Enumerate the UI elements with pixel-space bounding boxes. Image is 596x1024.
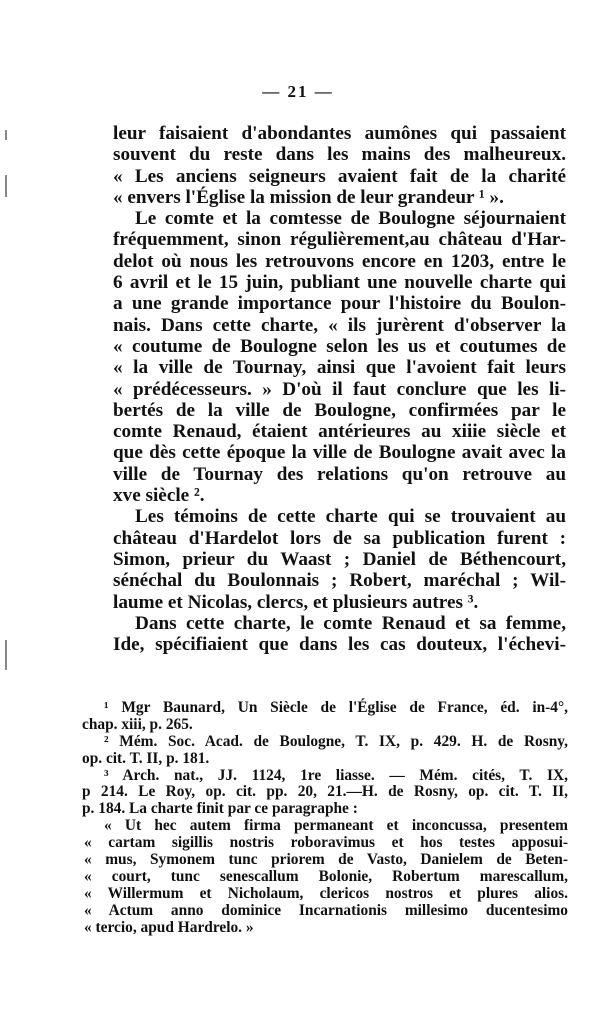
footnote-line: p. 184. La charte finit par ce paragraph… [82, 801, 568, 818]
footnote-line: op. cit. T. II, p. 181. [82, 751, 568, 768]
page-number: — 21 — [0, 82, 596, 102]
footnotes: ¹ Mgr Baunard, Un Siècle de l'Église de … [82, 700, 568, 936]
body-line: Ide, spécifiaient que dans les cas doute… [113, 634, 566, 655]
footnote-line: ² Mém. Soc. Acad. de Boulogne, T. IX, p.… [82, 734, 568, 751]
body-text: leur faisaient d'abondantes aumônes qui … [113, 123, 566, 655]
footnote-line: ¹ Mgr Baunard, Un Siècle de l'Église de … [82, 700, 568, 717]
body-line: « coutume de Boulogne selon les us et co… [113, 336, 566, 357]
body-line: Dans cette charte, le comte Renaud et sa… [113, 613, 566, 634]
margin-mark [5, 640, 7, 670]
body-line: 6 avril et le 15 juin, publiant une nouv… [113, 272, 566, 293]
body-line: laume et Nicolas, clercs, et plusieurs a… [113, 592, 566, 613]
footnote-line: « Actum anno dominice Incarnationis mill… [82, 903, 568, 920]
footnote-line: « cartam sigillis nostris roboravimus et… [82, 835, 568, 852]
body-line: delot où nous les retrouvons encore en 1… [113, 251, 566, 272]
body-line: ville de Tournay des relations qu'on ret… [113, 464, 566, 485]
scan-margin-marks [3, 120, 13, 720]
body-line: leur faisaient d'abondantes aumônes qui … [113, 123, 566, 144]
footnote-line: « Willermum et Nicholaum, clericos nostr… [82, 886, 568, 903]
margin-mark [5, 130, 7, 140]
body-line: a une grande importance pour l'histoire … [113, 293, 566, 314]
footnote-line: « mus, Symonem tunc priorem de Vasto, Da… [82, 852, 568, 869]
body-line: souvent du reste dans les mains des malh… [113, 144, 566, 165]
body-line: xve siècle ². [113, 485, 566, 506]
margin-mark [5, 175, 7, 197]
body-line: « prédécesseurs. » D'où il faut conclure… [113, 379, 566, 400]
body-line: Les témoins de cette charte qui se trouv… [113, 506, 566, 527]
body-line: comte Renaud, étaient antérieures au xii… [113, 421, 566, 442]
body-line: sénéchal du Boulonnais ; Robert, marécha… [113, 570, 566, 591]
footnote-line: ³ Arch. nat., JJ. 1124, 1re liasse. — Mé… [82, 768, 568, 785]
footnote-line: p 214. Le Roy, op. cit. pp. 20, 21.—H. d… [82, 784, 568, 801]
body-line: Simon, prieur du Waast ; Daniel de Béthe… [113, 549, 566, 570]
footnote-line: « tercio, apud Hardrelo. » [82, 920, 568, 937]
footnote-line: « Ut hec autem firma permaneant et incon… [82, 818, 568, 835]
body-line: Le comte et la comtesse de Boulogne séjo… [113, 208, 566, 229]
body-line: bertés de la ville de Boulogne, confirmé… [113, 400, 566, 421]
footnote-line: « court, tunc senescallum Bolonie, Rober… [82, 869, 568, 886]
body-line: fréquemment, sinon régulièrement,au chât… [113, 229, 566, 250]
body-line: que dès cette époque la ville de Boulogn… [113, 442, 566, 463]
scanned-book-page: — 21 — leur faisaient d'abondantes aumôn… [0, 0, 596, 1024]
body-line: nais. Dans cette charte, « ils jurèrent … [113, 315, 566, 336]
body-line: « Les anciens seigneurs avaient fait de … [113, 166, 566, 187]
body-line: « envers l'Église la mission de leur gra… [113, 187, 566, 208]
body-line: « la ville de Tournay, ainsi que l'avoie… [113, 357, 566, 378]
body-line: château d'Hardelot lors de sa publicatio… [113, 528, 566, 549]
footnote-line: chap. xiii, p. 265. [82, 717, 568, 734]
